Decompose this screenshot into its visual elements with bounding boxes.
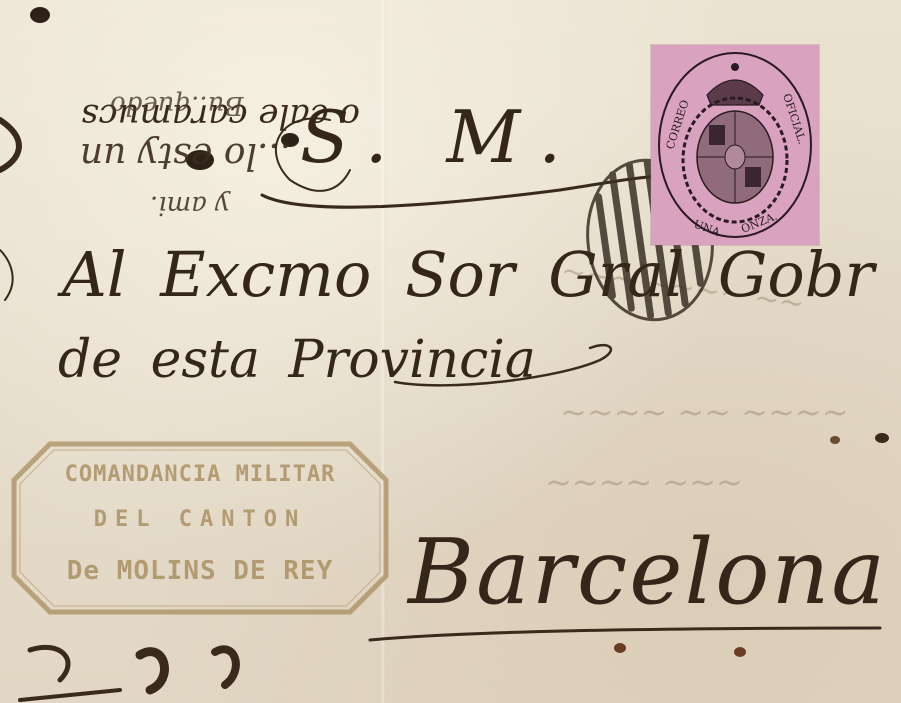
postage-stamp: CORREO OFICIAL. UNA ONZA. xyxy=(651,45,819,245)
svg-text:UNA: UNA xyxy=(692,218,723,240)
salutation-abbreviation: S. M. xyxy=(300,95,579,179)
handstamp-line-1: COMANDANCIA MILITAR xyxy=(10,462,390,487)
address-line-1: Al Excmo Sor Gral Gobr xyxy=(62,238,874,311)
address-line-2: de esta Provincia xyxy=(58,330,536,390)
destination-city: Barcelona xyxy=(408,520,887,625)
upside-down-note: y ami. xyxy=(150,190,230,220)
svg-text:OFICIAL.: OFICIAL. xyxy=(780,92,809,146)
upside-down-note: ...lo esty un xyxy=(80,135,291,176)
postal-cover: ~~~ ~~~~ ~~ ~~~~ ~~ ~~~~ ~~~ ~~~~ o cale… xyxy=(0,0,901,703)
military-command-handstamp: COMANDANCIA MILITAR DEL CANTON De MOLINS… xyxy=(10,440,390,616)
coat-of-arms-icon: CORREO OFICIAL. UNA ONZA. xyxy=(651,45,819,245)
handstamp-line-3: De MOLINS DE REY xyxy=(10,556,390,586)
handstamp-line-2: DEL CANTON xyxy=(10,507,390,532)
svg-text:CORREO: CORREO xyxy=(663,98,691,151)
upside-down-note: Bu..quedo xyxy=(110,90,243,120)
